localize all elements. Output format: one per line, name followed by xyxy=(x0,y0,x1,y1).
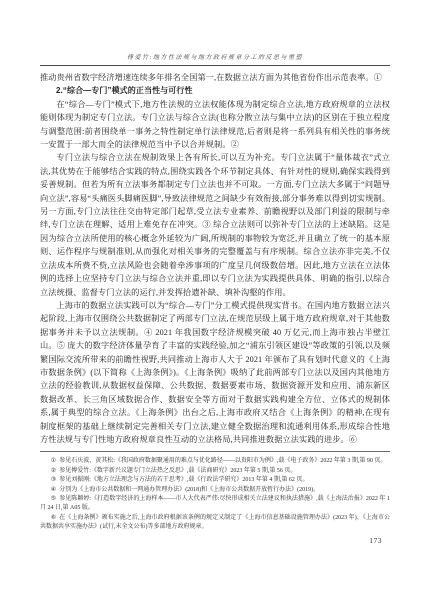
footnote-item: ③参见刘振刚:《地方立法理念与方法的若干思考》,载《行政法学研究》2013 年第… xyxy=(40,476,390,485)
footnote-marker: ⑤ xyxy=(51,496,56,502)
footnote-divider xyxy=(40,451,390,452)
paragraph: 专门立法与综合立法在规制效果上各有所长,可以互为补充。专门立法属于“量体裁衣”式… xyxy=(40,151,390,298)
page-number: 173 xyxy=(369,536,382,545)
footnote-text: 参见陈颖婷:《打造数字经济的上海样本——市人大代表严伟:尽快形成相关立法建议和执… xyxy=(40,496,390,511)
header-rule xyxy=(40,65,390,66)
section-heading: 2.“综合—专门”模式的正当性与可行性 xyxy=(40,84,390,97)
footnote-marker: ② xyxy=(51,468,56,474)
body-text: 推动贵州省数字经济增速连续多年排名全国第一,在数据立法方面为其他省份作出示范表率… xyxy=(40,71,390,446)
footnote-marker: ③ xyxy=(51,477,56,483)
paragraph-continuation: 推动贵州省数字经济增速连续多年排名全国第一,在数据立法方面为其他省份作出示范表率… xyxy=(40,71,390,84)
journal-page: 傅爱竹:地方性法规与地方政府规章分工的反思与重塑 推动贵州省数字经济增速连续多年… xyxy=(0,0,427,603)
paragraph: 上海市的数据立法实践可以为“综合—专门”分工模式提供现实背书。在国内地方数据立法… xyxy=(40,299,390,446)
page-content: 傅爱竹:地方性法规与地方政府规章分工的反思与重塑 推动贵州省数字经济增速连续多年… xyxy=(40,0,390,533)
paragraph: 在“综合—专门”模式下,地方性法规的立法权能体现为制定综合立法,地方政府规章的立… xyxy=(40,98,390,152)
footnote-marker: ① xyxy=(51,458,56,464)
footnote-marker: ④ xyxy=(51,487,56,493)
footnote-item: ②参见傅爱竹:《数字新兴议题专门立法热之反思》,载《法商研究》2023 年第 5… xyxy=(40,467,390,476)
footnote-text: 参见傅爱竹:《数字新兴议题专门立法热之反思》,载《法商研究》2023 年第 5 … xyxy=(59,468,296,474)
footnote-marker: ⑥ xyxy=(51,515,56,521)
footnote-item: ⑤参见陈颖婷:《打造数字经济的上海样本——市人大代表严伟:尽快形成相关立法建议和… xyxy=(40,495,390,514)
footnote-text: 参见石庆波、黄其松:《我国政府数据聚通用的难点与优化路径——以贵阳市为例》,载《… xyxy=(59,458,386,464)
footnote-text: 在《上海条例》颁布实施之后,上海市政府根据该条例的规定又制定了《上海市信息基础设… xyxy=(40,515,390,530)
footnotes: ①参见石庆波、黄其松:《我国政府数据聚通用的难点与优化路径——以贵阳市为例》,载… xyxy=(40,457,390,532)
footnote-item: ④分别为《上海市公共数据和一网通办管理办法》(2018)和《上海市公共数据开放暂… xyxy=(40,486,390,495)
footnote-item: ⑥在《上海条例》颁布实施之后,上海市政府根据该条例的规定又制定了《上海市信息基础… xyxy=(40,514,390,533)
footnote-text: 参见刘振刚:《地方立法理念与方法的若干思考》,载《行政法学研究》2013 年第 … xyxy=(59,477,308,483)
footnote-text: 分别为《上海市公共数据和一网通办管理办法》(2018)和《上海市公共数据开放暂行… xyxy=(59,487,319,493)
footnote-item: ①参见石庆波、黄其松:《我国政府数据聚通用的难点与优化路径——以贵阳市为例》,载… xyxy=(40,457,390,466)
running-head: 傅爱竹:地方性法规与地方政府规章分工的反思与重塑 xyxy=(40,52,390,61)
